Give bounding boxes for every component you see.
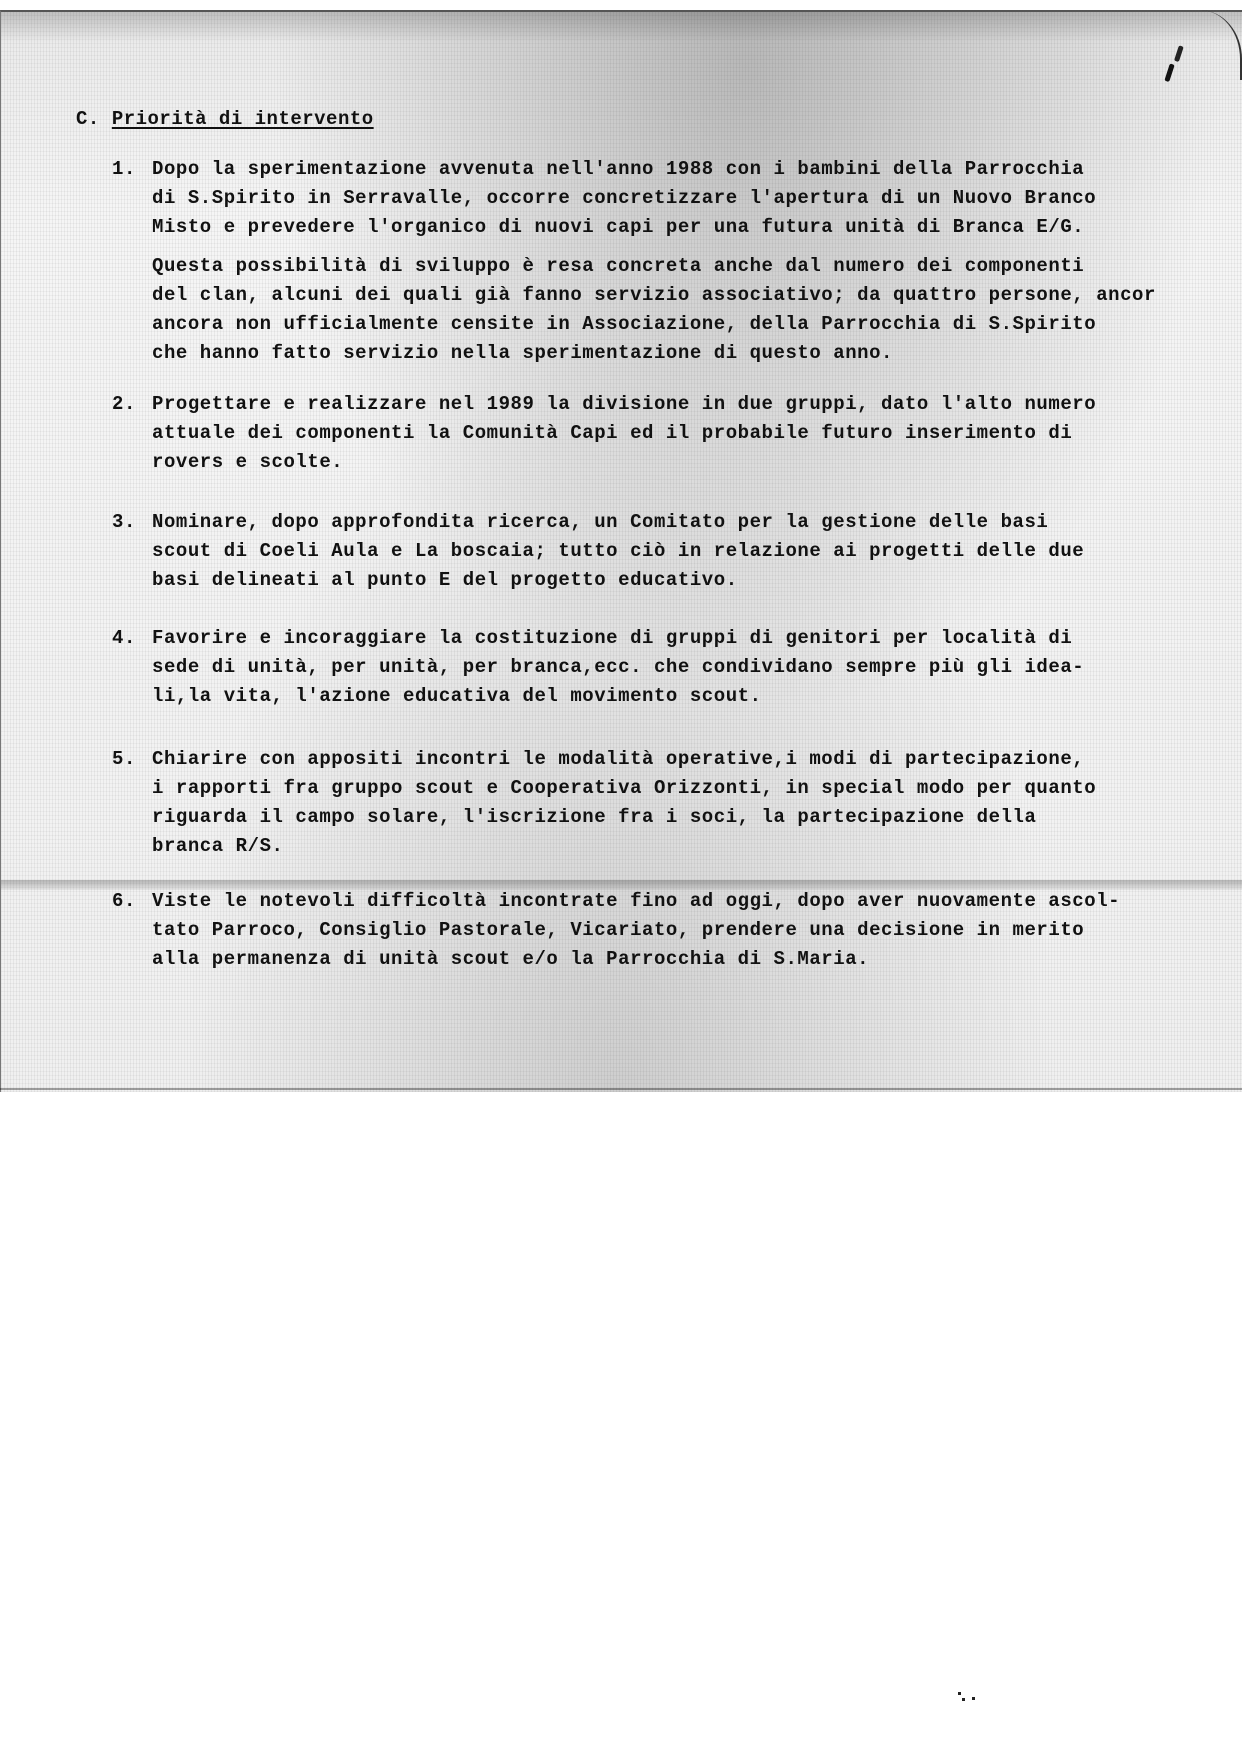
item-line: del clan, alcuni dei quali già fanno ser…: [152, 281, 1232, 310]
item-line: i rapporti fra gruppo scout e Cooperativ…: [152, 774, 1232, 803]
item-number: 5.: [112, 745, 150, 774]
item-line: rovers e scolte.: [152, 448, 1232, 477]
item-line: attuale dei componenti la Comunità Capi …: [152, 419, 1232, 448]
section-letter: C.: [76, 108, 100, 130]
priority-item: 1. Dopo la sperimentazione avvenuta nell…: [112, 155, 1232, 368]
item-line: Misto e prevedere l'organico di nuovi ca…: [152, 213, 1232, 242]
item-line: Dopo la sperimentazione avvenuta nell'an…: [152, 155, 1232, 184]
item-number: 1.: [112, 155, 150, 184]
priority-item: 2. Progettare e realizzare nel 1989 la d…: [112, 390, 1232, 477]
item-line: basi delineati al punto E del progetto e…: [152, 566, 1232, 595]
item-line: ancora non ufficialmente censite in Asso…: [152, 310, 1232, 339]
item-line: di S.Spirito in Serravalle, occorre conc…: [152, 184, 1232, 213]
priority-item: 3. Nominare, dopo approfondita ricerca, …: [112, 508, 1232, 595]
section-heading: C.Priorità di intervento: [76, 108, 374, 130]
item-line: tato Parroco, Consiglio Pastorale, Vicar…: [152, 916, 1232, 945]
item-line: li,la vita, l'azione educativa del movim…: [152, 682, 1232, 711]
item-line: che hanno fatto servizio nella speriment…: [152, 339, 1232, 368]
item-number: 6.: [112, 887, 150, 916]
scan-edge-line: [0, 1088, 1242, 1090]
section-title: Priorità di intervento: [112, 108, 374, 130]
item-line: Progettare e realizzare nel 1989 la divi…: [152, 390, 1232, 419]
item-line: riguarda il campo solare, l'iscrizione f…: [152, 803, 1232, 832]
priority-item: 5. Chiarire con appositi incontri le mod…: [112, 745, 1232, 861]
priority-item: 4. Favorire e incoraggiare la costituzio…: [112, 624, 1232, 711]
item-line: sede di unità, per unità, per branca,ecc…: [152, 653, 1232, 682]
item-line: alla permanenza di unità scout e/o la Pa…: [152, 945, 1232, 974]
item-number: 3.: [112, 508, 150, 537]
item-line: branca R/S.: [152, 832, 1232, 861]
stray-ink-mark: [958, 1692, 976, 1702]
item-number: 2.: [112, 390, 150, 419]
item-number: 4.: [112, 624, 150, 653]
item-line: scout di Coeli Aula e La boscaia; tutto …: [152, 537, 1232, 566]
item-line: Viste le notevoli difficoltà incontrate …: [152, 887, 1232, 916]
priority-item: 6. Viste le notevoli difficoltà incontra…: [112, 887, 1232, 974]
item-line: Nominare, dopo approfondita ricerca, un …: [152, 508, 1232, 537]
item-line: Chiarire con appositi incontri le modali…: [152, 745, 1232, 774]
item-line: Questa possibilità di sviluppo è resa co…: [152, 252, 1232, 281]
item-line: Favorire e incoraggiare la costituzione …: [152, 624, 1232, 653]
